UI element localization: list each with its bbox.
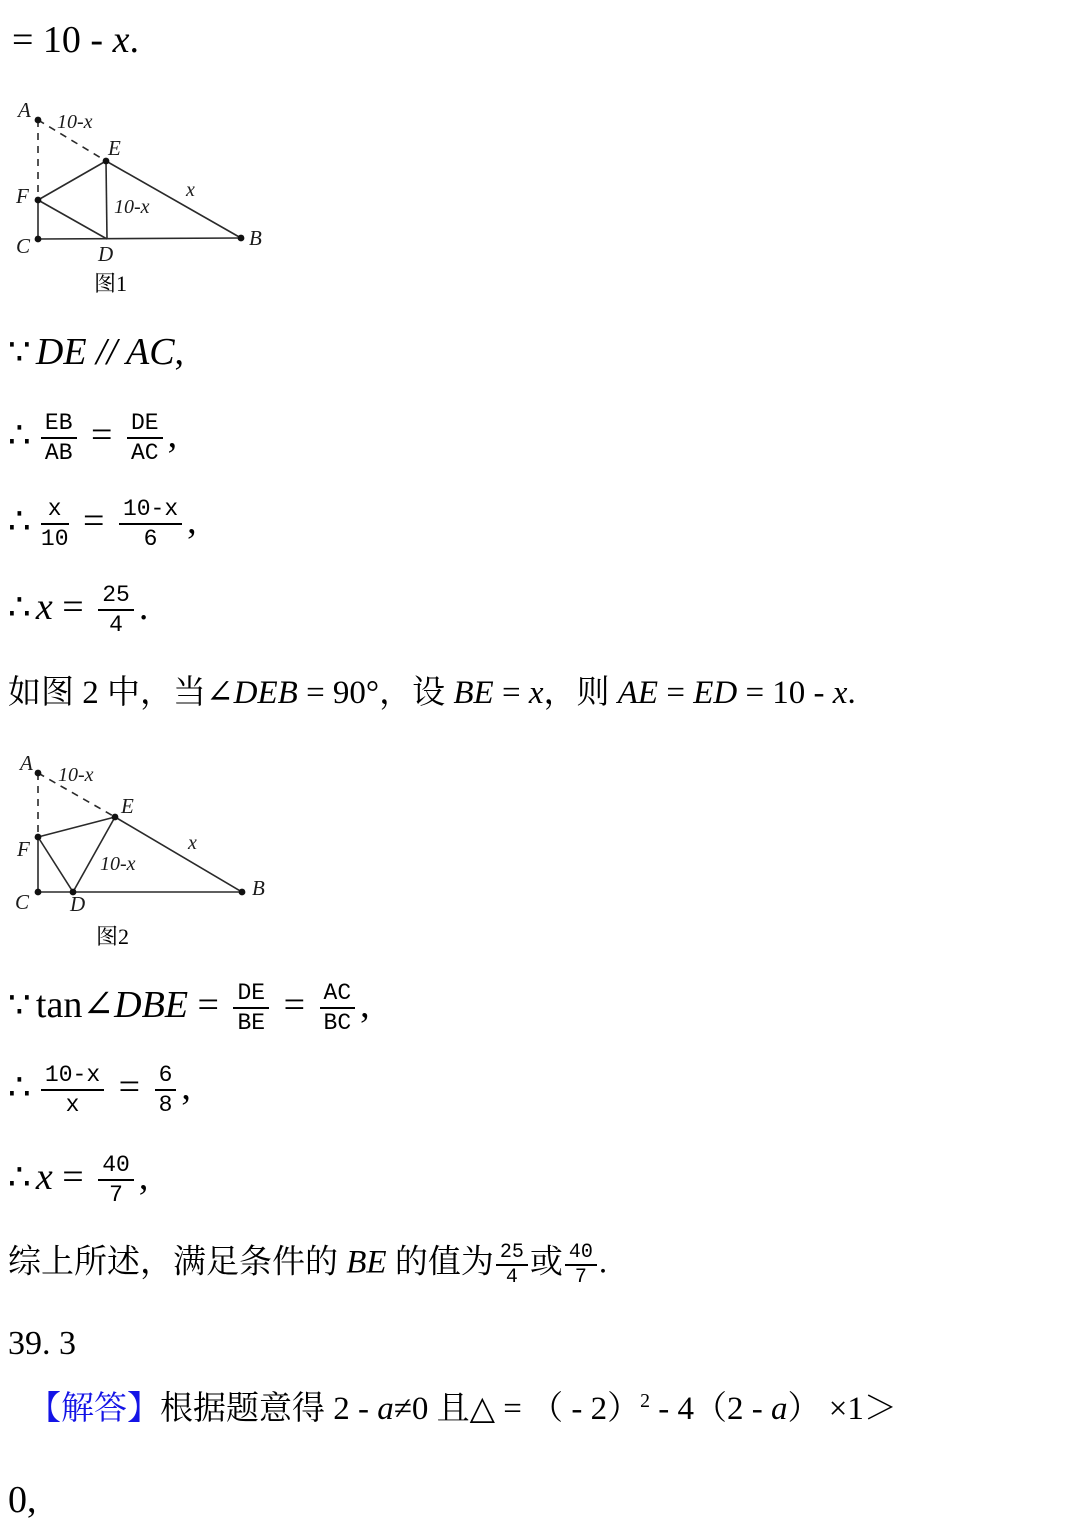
line-zero: 0, <box>8 1478 37 1524</box>
text-segment: ） ×1＞ <box>787 1391 896 1427</box>
figure-1-caption: 图1 <box>94 271 127 296</box>
fraction-denominator: 8 <box>155 1091 177 1118</box>
edge-FD <box>38 200 107 239</box>
fraction-numerator: EB <box>41 410 77 439</box>
figure-2-caption: 图2 <box>96 924 129 949</box>
line-tan: ∵tan∠DBE = DEBE = ACBC, <box>8 980 370 1037</box>
point-B <box>238 235 245 242</box>
text-segment: 如图 2 中，当∠ <box>8 675 234 711</box>
fraction-denominator: AC <box>127 439 163 466</box>
line-ratio-2: ∴x10 = 10-x6, <box>8 496 197 553</box>
line-conclusion: 综上所述，满足条件的 BE 的值为254或407. <box>8 1242 607 1288</box>
label-A: A <box>16 98 31 122</box>
text-segment: ，则 <box>543 675 617 711</box>
point-A <box>35 117 42 124</box>
text-segment: , <box>139 1156 149 1198</box>
fraction-denominator: x <box>41 1091 104 1118</box>
text-segment: x <box>113 19 130 61</box>
text-segment: . <box>847 675 855 711</box>
fraction: ACBC <box>320 980 356 1037</box>
fraction-denominator: AB <box>41 439 77 466</box>
fraction: 254 <box>98 582 134 639</box>
text-segment: AE <box>618 675 658 711</box>
text-segment: = 10 - <box>737 675 833 711</box>
text-segment: , <box>168 414 178 456</box>
line-x-value-1: ∴x = 254. <box>8 582 148 639</box>
label-F: F <box>16 837 30 861</box>
text-segment: DEB <box>234 675 298 711</box>
text-segment: 【解答】 <box>28 1391 160 1427</box>
fraction-numerator: 25 <box>496 1242 528 1266</box>
text-segment: ∴ <box>8 1067 31 1108</box>
fraction: 10-xx <box>41 1062 104 1119</box>
point-E <box>112 814 119 821</box>
edge-FE <box>38 817 115 837</box>
edge-FE <box>38 161 106 200</box>
text-segment: DE // AC <box>36 331 175 373</box>
figure-2: A E F C D B 10-x 10-x x 图2 <box>8 752 308 954</box>
label-segment-ED: 10-x <box>100 853 136 875</box>
text-segment: BE <box>453 675 493 711</box>
fraction: EBAB <box>41 410 77 467</box>
point-B <box>239 889 246 896</box>
point-A <box>35 770 42 777</box>
text-segment: 综上所述，满足条件的 <box>8 1245 346 1281</box>
fraction-numerator: 10-x <box>119 496 182 525</box>
text-segment: tan∠ <box>36 984 114 1026</box>
text-segment: = <box>494 675 529 711</box>
document-page: { "colors": { "text": "#000000", "answer… <box>0 0 1080 1528</box>
text-segment: ∴ <box>8 587 31 628</box>
fraction-numerator: DE <box>233 980 269 1009</box>
line-because-parallel: ∵DE // AC, <box>8 330 184 376</box>
text-segment: 的值为 <box>387 1245 494 1281</box>
edge-CB <box>38 238 241 239</box>
text-segment: , <box>187 500 197 542</box>
label-segment-ED: 10-x <box>114 196 150 218</box>
text-segment: BE <box>346 1245 386 1281</box>
line-case2-intro: 如图 2 中，当∠DEB = 90°，设 BE = x，则 AE = ED = … <box>8 674 856 714</box>
label-B: B <box>252 876 265 900</box>
text-segment: = 90°，设 <box>298 675 454 711</box>
edge-FD <box>38 837 73 892</box>
text-segment: ∵ <box>8 332 31 373</box>
figure-1: A E F C D B 10-x 10-x x 图1 <box>8 93 308 305</box>
text-segment: . <box>139 586 149 628</box>
text-segment: - 4（2 - <box>650 1391 771 1427</box>
text-segment: , <box>360 984 370 1026</box>
text-segment: = <box>53 586 93 628</box>
label-E: E <box>107 136 121 160</box>
fraction: DEAC <box>127 410 163 467</box>
label-C: C <box>16 234 31 258</box>
fraction: 68 <box>155 1062 177 1119</box>
label-B: B <box>249 226 262 250</box>
text-segment: . <box>599 1245 607 1281</box>
text-segment: x <box>529 675 544 711</box>
text-segment: . <box>129 19 139 61</box>
text-segment: a <box>771 1391 788 1427</box>
figure-1-edges <box>38 120 241 239</box>
text-segment: = <box>188 984 228 1026</box>
fraction-denominator: 10 <box>41 525 69 552</box>
edge-ED <box>106 161 107 239</box>
point-C <box>35 236 42 243</box>
label-segment-EB: x <box>187 832 197 854</box>
text-segment: = <box>274 984 314 1026</box>
label-C: C <box>15 890 30 914</box>
fraction-denominator: 4 <box>496 1266 528 1288</box>
text-segment: = <box>109 1066 149 1108</box>
line-top-equation: = 10 - x. <box>12 18 139 64</box>
text-segment: 39. 3 <box>8 1325 76 1362</box>
text-segment: 或 <box>530 1245 563 1281</box>
label-F: F <box>15 184 29 208</box>
label-D: D <box>69 892 85 916</box>
label-segment-EB: x <box>185 179 195 201</box>
fraction-denominator: BE <box>233 1009 269 1036</box>
fraction-numerator: AC <box>320 980 356 1009</box>
fraction: 407 <box>565 1242 597 1288</box>
text-segment: = <box>74 500 114 542</box>
fraction-numerator: 25 <box>98 582 134 611</box>
text-segment: = <box>82 414 122 456</box>
fraction: x10 <box>41 496 69 553</box>
point-F <box>35 197 42 204</box>
fraction-numerator: DE <box>127 410 163 439</box>
line-problem-number: 39. 3 <box>8 1324 76 1365</box>
text-segment: ≠0 且△ = （ - 2） <box>394 1391 640 1427</box>
line-ratio-1: ∴EBAB = DEAC, <box>8 410 177 467</box>
text-segment: ED <box>693 675 737 711</box>
text-segment: = 10 - <box>12 19 113 61</box>
text-segment: = <box>658 675 693 711</box>
fraction-denominator: 7 <box>98 1181 134 1208</box>
text-segment: a <box>377 1391 394 1427</box>
text-segment: 2 <box>640 1390 650 1412</box>
fraction-denominator: 6 <box>119 525 182 552</box>
label-segment-AE: 10-x <box>57 111 93 133</box>
line-ratio-3: ∴10-xx = 68, <box>8 1062 191 1119</box>
text-segment: ∴ <box>8 501 31 542</box>
line-answer: 【解答】根据题意得 2 - a≠0 且△ = （ - 2）2 - 4（2 - a… <box>28 1390 897 1430</box>
text-segment: , <box>175 331 185 373</box>
fraction-numerator: 40 <box>565 1242 597 1266</box>
text-segment: ∵ <box>8 985 31 1026</box>
text-segment: x <box>833 675 848 711</box>
fraction: 10-x6 <box>119 496 182 553</box>
figure-2-edges <box>38 773 242 892</box>
fraction-numerator: x <box>41 496 69 525</box>
fraction: DEBE <box>233 980 269 1037</box>
text-segment: ∴ <box>8 415 31 456</box>
fraction-numerator: 40 <box>98 1152 134 1181</box>
point-F <box>35 834 42 841</box>
text-segment: ∴ <box>8 1157 31 1198</box>
point-C <box>35 889 42 896</box>
fraction-denominator: BC <box>320 1009 356 1036</box>
label-E: E <box>120 794 134 818</box>
fraction-denominator: 4 <box>98 611 134 638</box>
text-segment: 0, <box>8 1479 37 1521</box>
fraction: 254 <box>496 1242 528 1288</box>
text-segment: x <box>36 586 53 628</box>
fraction-denominator: 7 <box>565 1266 597 1288</box>
fraction-numerator: 6 <box>155 1062 177 1091</box>
text-segment: DBE <box>114 984 188 1026</box>
label-segment-AE: 10-x <box>58 764 94 786</box>
fraction-numerator: 10-x <box>41 1062 104 1091</box>
text-segment: , <box>181 1066 191 1108</box>
label-D: D <box>97 242 113 266</box>
label-A: A <box>18 752 33 775</box>
text-segment: = <box>53 1156 93 1198</box>
line-x-value-2: ∴x = 407, <box>8 1152 148 1209</box>
fraction: 407 <box>98 1152 134 1209</box>
text-segment: x <box>36 1156 53 1198</box>
text-segment: 根据题意得 2 - <box>160 1391 377 1427</box>
